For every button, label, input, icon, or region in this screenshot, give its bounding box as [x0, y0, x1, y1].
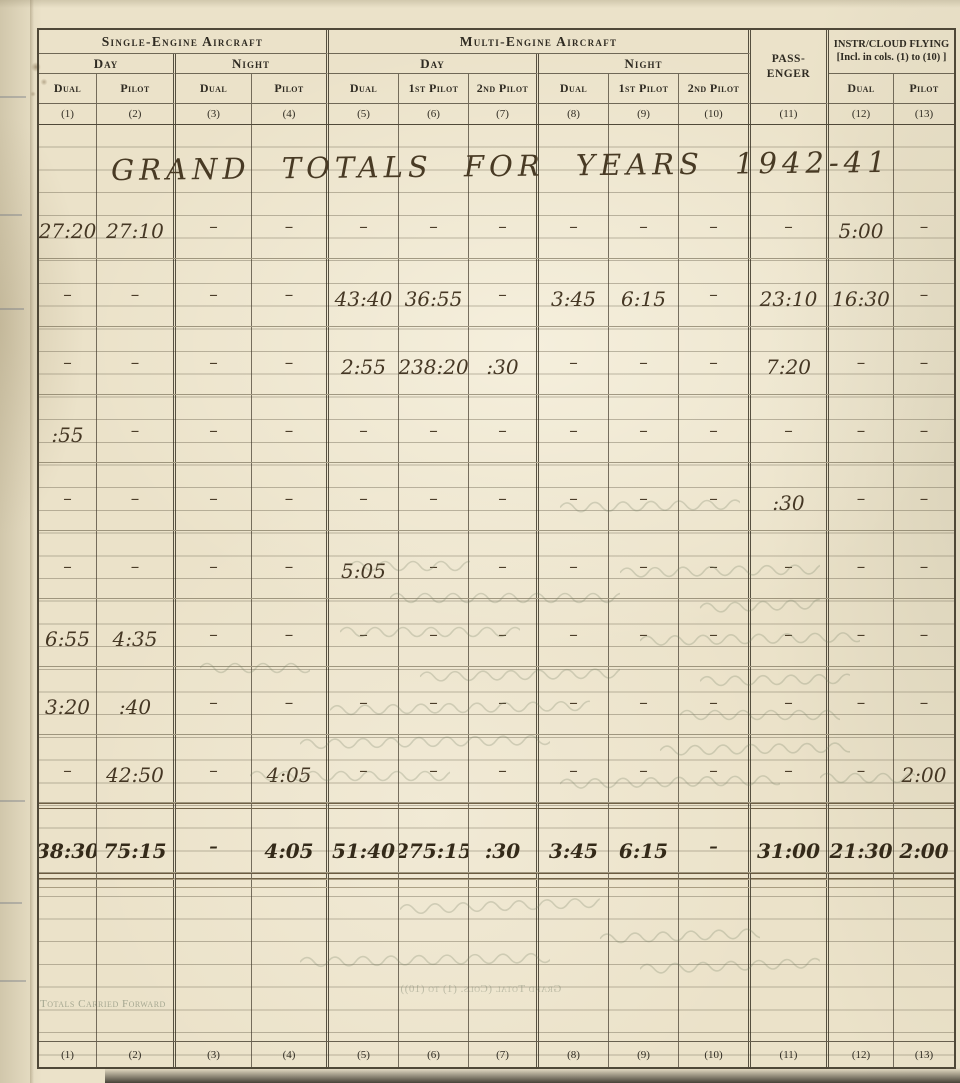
logbook-cell: – [751, 735, 829, 802]
logbook-cell: – [469, 599, 539, 666]
page-binding-edge [30, 0, 34, 1083]
empty-cell [751, 879, 829, 888]
logbook-cell: – [679, 531, 751, 598]
logbook-cell: 3:45 [539, 809, 609, 872]
logbook-cell: 43:40 [329, 259, 399, 326]
logbook-cell: – [829, 531, 894, 598]
logbook-cell: 6:55 [39, 599, 97, 666]
empty-cell [829, 879, 894, 888]
logbook-cell: – [679, 463, 751, 530]
logbook-cell: 38:30 [39, 809, 97, 872]
binding-stub [0, 800, 25, 802]
logbook-cell: – [329, 463, 399, 530]
logbook-row: ––––43:4036:55–3:456:15–23:1016:30– [39, 259, 954, 327]
logbook-cell: – [609, 599, 679, 666]
binding-stub [0, 96, 26, 98]
binding-stub [0, 980, 26, 982]
column-number: (12) [829, 104, 894, 124]
logbook-cell: – [97, 531, 176, 598]
logbook-cell: – [609, 463, 679, 530]
column-number: (13) [894, 104, 954, 124]
empty-cell [894, 888, 954, 1041]
logbook-row: 27:2027:10–––––––––5:00– [39, 191, 954, 259]
empty-cell [252, 888, 329, 1041]
empty-cell [399, 879, 469, 888]
logbook-cell: 5:05 [329, 531, 399, 598]
logbook-cell: – [469, 191, 539, 258]
logbook-cell: – [679, 191, 751, 258]
logbook-cell: – [469, 531, 539, 598]
logbook-cell: – [829, 667, 894, 734]
logbook-cell: – [609, 191, 679, 258]
logbook-cell: – [252, 599, 329, 666]
column-number: (8) [539, 104, 609, 124]
logbook-row: –42:50–4:05––––––––2:00 [39, 735, 954, 803]
empty-cell [329, 879, 399, 888]
column-number: (9) [609, 1042, 679, 1067]
single-engine-header: Single-Engine Aircraft [39, 30, 329, 54]
empty-cell [539, 888, 609, 1041]
col-dual-header: Dual [176, 74, 252, 104]
column-number: (7) [469, 1042, 539, 1067]
logbook-cell: – [176, 667, 252, 734]
logbook-cell: 2:55 [329, 327, 399, 394]
column-number: (11) [751, 104, 829, 124]
empty-cell [39, 888, 97, 1041]
logbook-cell: 27:20 [39, 191, 97, 258]
logbook-cell: – [399, 667, 469, 734]
logbook-cell: – [329, 735, 399, 802]
column-number: (10) [679, 1042, 751, 1067]
column-number: (7) [469, 104, 539, 124]
binding-stub [0, 902, 22, 904]
logbook-cell: – [252, 395, 329, 462]
empty-cell [176, 879, 252, 888]
column-number: (6) [399, 104, 469, 124]
col-pilot-header: Pilot [894, 74, 954, 104]
logbook-cell: :30 [469, 809, 539, 872]
logbook-cell: – [176, 463, 252, 530]
logbook-cell: 23:10 [751, 259, 829, 326]
logbook-cell: – [751, 191, 829, 258]
empty-cell [609, 888, 679, 1041]
logbook-cell: – [39, 327, 97, 394]
logbook-cell: – [97, 463, 176, 530]
logbook-cell: 3:45 [539, 259, 609, 326]
column-number: (13) [894, 1042, 954, 1067]
col-dual-header: Dual [39, 74, 97, 104]
column-number: (11) [751, 1042, 829, 1067]
logbook-cell: 5:00 [829, 191, 894, 258]
table-body: GRAND TOTALS FOR YEARS 1942-41 27:2027:1… [39, 125, 954, 1067]
logbook-cell: – [252, 327, 329, 394]
column-number: (4) [252, 1042, 329, 1067]
table-header: Single-Engine Aircraft Multi-Engine Airc… [39, 30, 954, 125]
col-pilot-header: Pilot [252, 74, 329, 104]
column-number: (8) [539, 1042, 609, 1067]
logbook-cell: – [539, 667, 609, 734]
empty-cell [539, 879, 609, 888]
logbook-cell: – [679, 599, 751, 666]
logbook-cell: 36:55 [399, 259, 469, 326]
col-pilot-header: Pilot [97, 74, 176, 104]
empty-cell [39, 879, 97, 888]
empty-cell [469, 888, 539, 1041]
logbook-cell: – [39, 259, 97, 326]
logbook-cell: – [751, 599, 829, 666]
logbook-cell: – [609, 667, 679, 734]
logbook-cell: – [176, 259, 252, 326]
logbook-cell: – [176, 809, 252, 872]
logbook-cell: – [609, 735, 679, 802]
empty-cell [679, 879, 751, 888]
logbook-cell: – [329, 191, 399, 258]
logbook-cell: – [399, 599, 469, 666]
logbook-cell: – [399, 395, 469, 462]
col-1st-pilot-header: 1st Pilot [609, 74, 679, 104]
column-number: (5) [329, 104, 399, 124]
logbook-cell: 2:00 [894, 735, 954, 802]
logbook-cell: – [399, 531, 469, 598]
logbook-cell: – [399, 735, 469, 802]
multi-day-header: Day [329, 54, 539, 74]
logbook-cell: – [609, 395, 679, 462]
column-number: (3) [176, 1042, 252, 1067]
logbook-cell: – [609, 327, 679, 394]
column-number: (2) [97, 1042, 176, 1067]
passenger-header: PASS-ENGER [751, 30, 829, 104]
logbook-cell: – [829, 327, 894, 394]
empty-cell [829, 888, 894, 1041]
logbook-cell: – [469, 667, 539, 734]
column-number: (3) [176, 104, 252, 124]
logbook-row: :55–––––––––––– [39, 395, 954, 463]
column-number: (1) [39, 1042, 97, 1067]
logbook-cell: – [829, 463, 894, 530]
logbook-cell: – [39, 463, 97, 530]
logbook-cell: 27:10 [97, 191, 176, 258]
column-number: (6) [399, 1042, 469, 1067]
empty-cell [894, 125, 954, 191]
logbook-cell: – [329, 599, 399, 666]
column-number: (5) [329, 1042, 399, 1067]
logbook-cell: – [539, 191, 609, 258]
single-night-header: Night [176, 54, 329, 74]
logbook-row: ––––5:05–––––––– [39, 531, 954, 599]
logbook-cell: – [176, 395, 252, 462]
logbook-cell: – [539, 531, 609, 598]
empty-cell [329, 888, 399, 1041]
logbook-cell: 6:15 [609, 809, 679, 872]
logbook-cell: 4:05 [252, 809, 329, 872]
logbook-cell: – [252, 259, 329, 326]
logbook-cell: 4:05 [252, 735, 329, 802]
logbook-cell: – [39, 735, 97, 802]
logbook-cell: – [252, 531, 329, 598]
empty-cell [679, 888, 751, 1041]
logbook-row: 3:20:40––––––––––– [39, 667, 954, 735]
logbook-cell: – [894, 463, 954, 530]
logbook-cell: – [679, 809, 751, 872]
single-day-header: Day [39, 54, 176, 74]
empty-rows-area [39, 888, 954, 1041]
empty-cell [399, 888, 469, 1041]
logbook-cell: 75:15 [97, 809, 176, 872]
multi-engine-header: Multi-Engine Aircraft [329, 30, 751, 54]
column-number: (1) [39, 104, 97, 124]
logbook-cell: 31:00 [751, 809, 829, 872]
logbook-cell: – [539, 463, 609, 530]
logbook-cell: – [679, 395, 751, 462]
logbook-cell: – [829, 599, 894, 666]
logbook-cell: :30 [469, 327, 539, 394]
logbook-cell: – [539, 735, 609, 802]
logbook-row: ––––––––––:30–– [39, 463, 954, 531]
logbook-cell: 4:35 [97, 599, 176, 666]
column-number: (2) [97, 104, 176, 124]
logbook-cell: 16:30 [829, 259, 894, 326]
logbook-cell: – [679, 667, 751, 734]
logbook-cell: – [399, 191, 469, 258]
logbook-cell: 275:15 [399, 809, 469, 872]
empty-cell [176, 888, 252, 1041]
logbook-cell: – [679, 259, 751, 326]
page-bottom-shadow [105, 1068, 960, 1083]
logbook-cell: – [469, 463, 539, 530]
logbook-cell: – [751, 395, 829, 462]
empty-cell [39, 125, 97, 191]
col-1st-pilot-header: 1st Pilot [399, 74, 469, 104]
logbook-cell: – [894, 395, 954, 462]
col-2nd-pilot-header: 2nd Pilot [469, 74, 539, 104]
logbook-cell: – [539, 599, 609, 666]
logbook-cell: – [252, 667, 329, 734]
column-number: (12) [829, 1042, 894, 1067]
logbook-cell: :30 [751, 463, 829, 530]
col-dual-header: Dual [329, 74, 399, 104]
col-dual-header: Dual [539, 74, 609, 104]
logbook-cell: :40 [97, 667, 176, 734]
empty-cell [97, 879, 176, 888]
logbook-cell: – [679, 735, 751, 802]
empty-cell [609, 879, 679, 888]
logbook-cell: – [829, 735, 894, 802]
logbook-cell: – [894, 259, 954, 326]
logbook-cell: – [469, 735, 539, 802]
table-footer: (1)(2)(3)(4)(5)(6)(7)(8)(9)(10)(11)(12)(… [39, 1041, 954, 1067]
binding-stub [0, 214, 22, 216]
logbook-cell: – [97, 259, 176, 326]
logbook-cell: – [97, 327, 176, 394]
grand-totals-title-row: GRAND TOTALS FOR YEARS 1942-41 [39, 125, 954, 191]
logbook-cell: 6:15 [609, 259, 679, 326]
totals-row: 38:3075:15–4:0551:40275:15:303:456:15–31… [39, 809, 954, 873]
logbook-cell: 51:40 [329, 809, 399, 872]
logbook-cell: – [469, 259, 539, 326]
logbook-cell: – [176, 327, 252, 394]
logbook-cell: – [97, 395, 176, 462]
logbook-cell: – [894, 599, 954, 666]
col-dual-header: Dual [829, 74, 894, 104]
empty-cell [469, 879, 539, 888]
column-number: (10) [679, 104, 751, 124]
logbook-table: Single-Engine Aircraft Multi-Engine Airc… [37, 28, 956, 1069]
col-2nd-pilot-header: 2nd Pilot [679, 74, 751, 104]
multi-night-header: Night [539, 54, 751, 74]
column-number: (9) [609, 104, 679, 124]
empty-cell [97, 888, 176, 1041]
logbook-cell: 238:20 [399, 327, 469, 394]
logbook-cell: – [176, 191, 252, 258]
logbook-row: 6:554:35––––––––––– [39, 599, 954, 667]
empty-cell [252, 879, 329, 888]
logbook-cell: 3:20 [39, 667, 97, 734]
logbook-cell: – [176, 735, 252, 802]
logbook-cell: – [399, 463, 469, 530]
logbook-cell: 42:50 [97, 735, 176, 802]
double-rule-faint [39, 879, 954, 888]
logbook-cell: – [679, 327, 751, 394]
logbook-cell: – [751, 667, 829, 734]
empty-cell [751, 888, 829, 1041]
logbook-cell: – [751, 531, 829, 598]
instr-cloud-header: INSTR/CLOUD FLYING [Incl. in cols. (1) t… [829, 30, 954, 74]
logbook-cell: – [539, 327, 609, 394]
logbook-cell: – [829, 395, 894, 462]
binding-stub [0, 308, 24, 310]
logbook-cell: – [539, 395, 609, 462]
logbook-cell: – [894, 191, 954, 258]
logbook-cell: – [176, 599, 252, 666]
column-number: (4) [252, 104, 329, 124]
logbook-page: Single-Engine Aircraft Multi-Engine Airc… [0, 0, 960, 1083]
logbook-cell: 7:20 [751, 327, 829, 394]
logbook-cell: – [252, 191, 329, 258]
logbook-cell: – [894, 667, 954, 734]
logbook-cell: 21:30 [829, 809, 894, 872]
logbook-cell: – [176, 531, 252, 598]
logbook-cell: – [469, 395, 539, 462]
logbook-cell: :55 [39, 395, 97, 462]
logbook-cell: – [329, 395, 399, 462]
logbook-cell: – [894, 327, 954, 394]
logbook-cell: – [252, 463, 329, 530]
logbook-row: ––––2:55238:20:30–––7:20–– [39, 327, 954, 395]
logbook-cell: – [39, 531, 97, 598]
empty-cell [894, 879, 954, 888]
logbook-cell: 2:00 [894, 809, 954, 872]
logbook-cell: – [329, 667, 399, 734]
logbook-cell: – [609, 531, 679, 598]
logbook-cell: – [894, 531, 954, 598]
